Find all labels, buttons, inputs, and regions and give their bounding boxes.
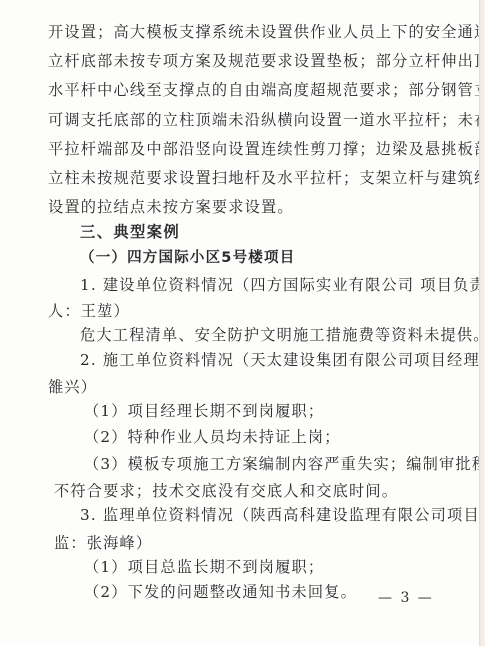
item-2-subitem-3-cont: 不符合要求；技术交底没有交底人和交底时间。 xyxy=(54,481,432,501)
text-line: 可调支托底部的立柱顶端未沿纵横向设置一道水平拉杆；未在水 xyxy=(48,110,426,130)
text-line: 立柱未按规范要求设置扫地杆及水平拉杆；支架立杆与建筑结构 xyxy=(48,168,426,188)
document-page: 开设置；高大模板支撑系统未设置供作业人员上下的安全通道； 立杆底部未按专项方案及… xyxy=(0,0,480,646)
text-line: 平拉杆端部及中部沿竖向设置连续性剪刀撑；边梁及悬挑板部位 xyxy=(48,139,426,159)
item-2-subitem-1: （1）项目经理长期不到岗履职； xyxy=(84,401,426,421)
item-3-heading: 3. 监理单位资料情况（陕西高科建设监理有限公司项目总 xyxy=(80,505,426,525)
text-line: 立杆底部未按专项方案及规范要求设置垫板；部分立杆伸出顶层 xyxy=(48,51,426,71)
section-heading: 三、典型案例 xyxy=(80,222,426,242)
item-3-subitem-1: （1）项目总监长期不到岗履职； xyxy=(84,557,426,577)
item-3-heading-cont: 监：张海峰） xyxy=(54,533,432,553)
item-1-heading-cont: 人：王堃） xyxy=(48,301,426,321)
item-1-heading: 1. 建设单位资料情况（四方国际实业有限公司 项目负责 xyxy=(80,275,426,295)
item-2-heading: 2. 施工单位资料情况（天太建设集团有限公司项目经理： xyxy=(80,350,426,370)
item-1-body: 危大工程清单、安全防护文明施工措施费等资料未提供。 xyxy=(80,325,426,345)
item-2-subitem-3: （3）模板专项施工方案编制内容严重失实；编制审批程序 xyxy=(84,454,426,474)
item-2-subitem-2: （2）特种作业人员均未持证上岗； xyxy=(84,427,426,447)
text-line: 水平杆中心线至支撑点的自由端高度超规范要求；部分钢管立柱 xyxy=(48,80,426,100)
subsection-heading: （一）四方国际小区5号楼项目 xyxy=(80,248,426,268)
page-edge-shadow xyxy=(479,0,485,646)
item-3-subitem-2: （2）下发的问题整改通知书未回复。 xyxy=(84,582,426,602)
text-line: 开设置；高大模板支撑系统未设置供作业人员上下的安全通道； xyxy=(48,22,426,42)
page-number: — 3 — xyxy=(378,590,434,606)
item-2-heading-cont: 雒兴） xyxy=(48,377,426,397)
text-line: 设置的拉结点未按方案要求设置。 xyxy=(48,197,426,217)
